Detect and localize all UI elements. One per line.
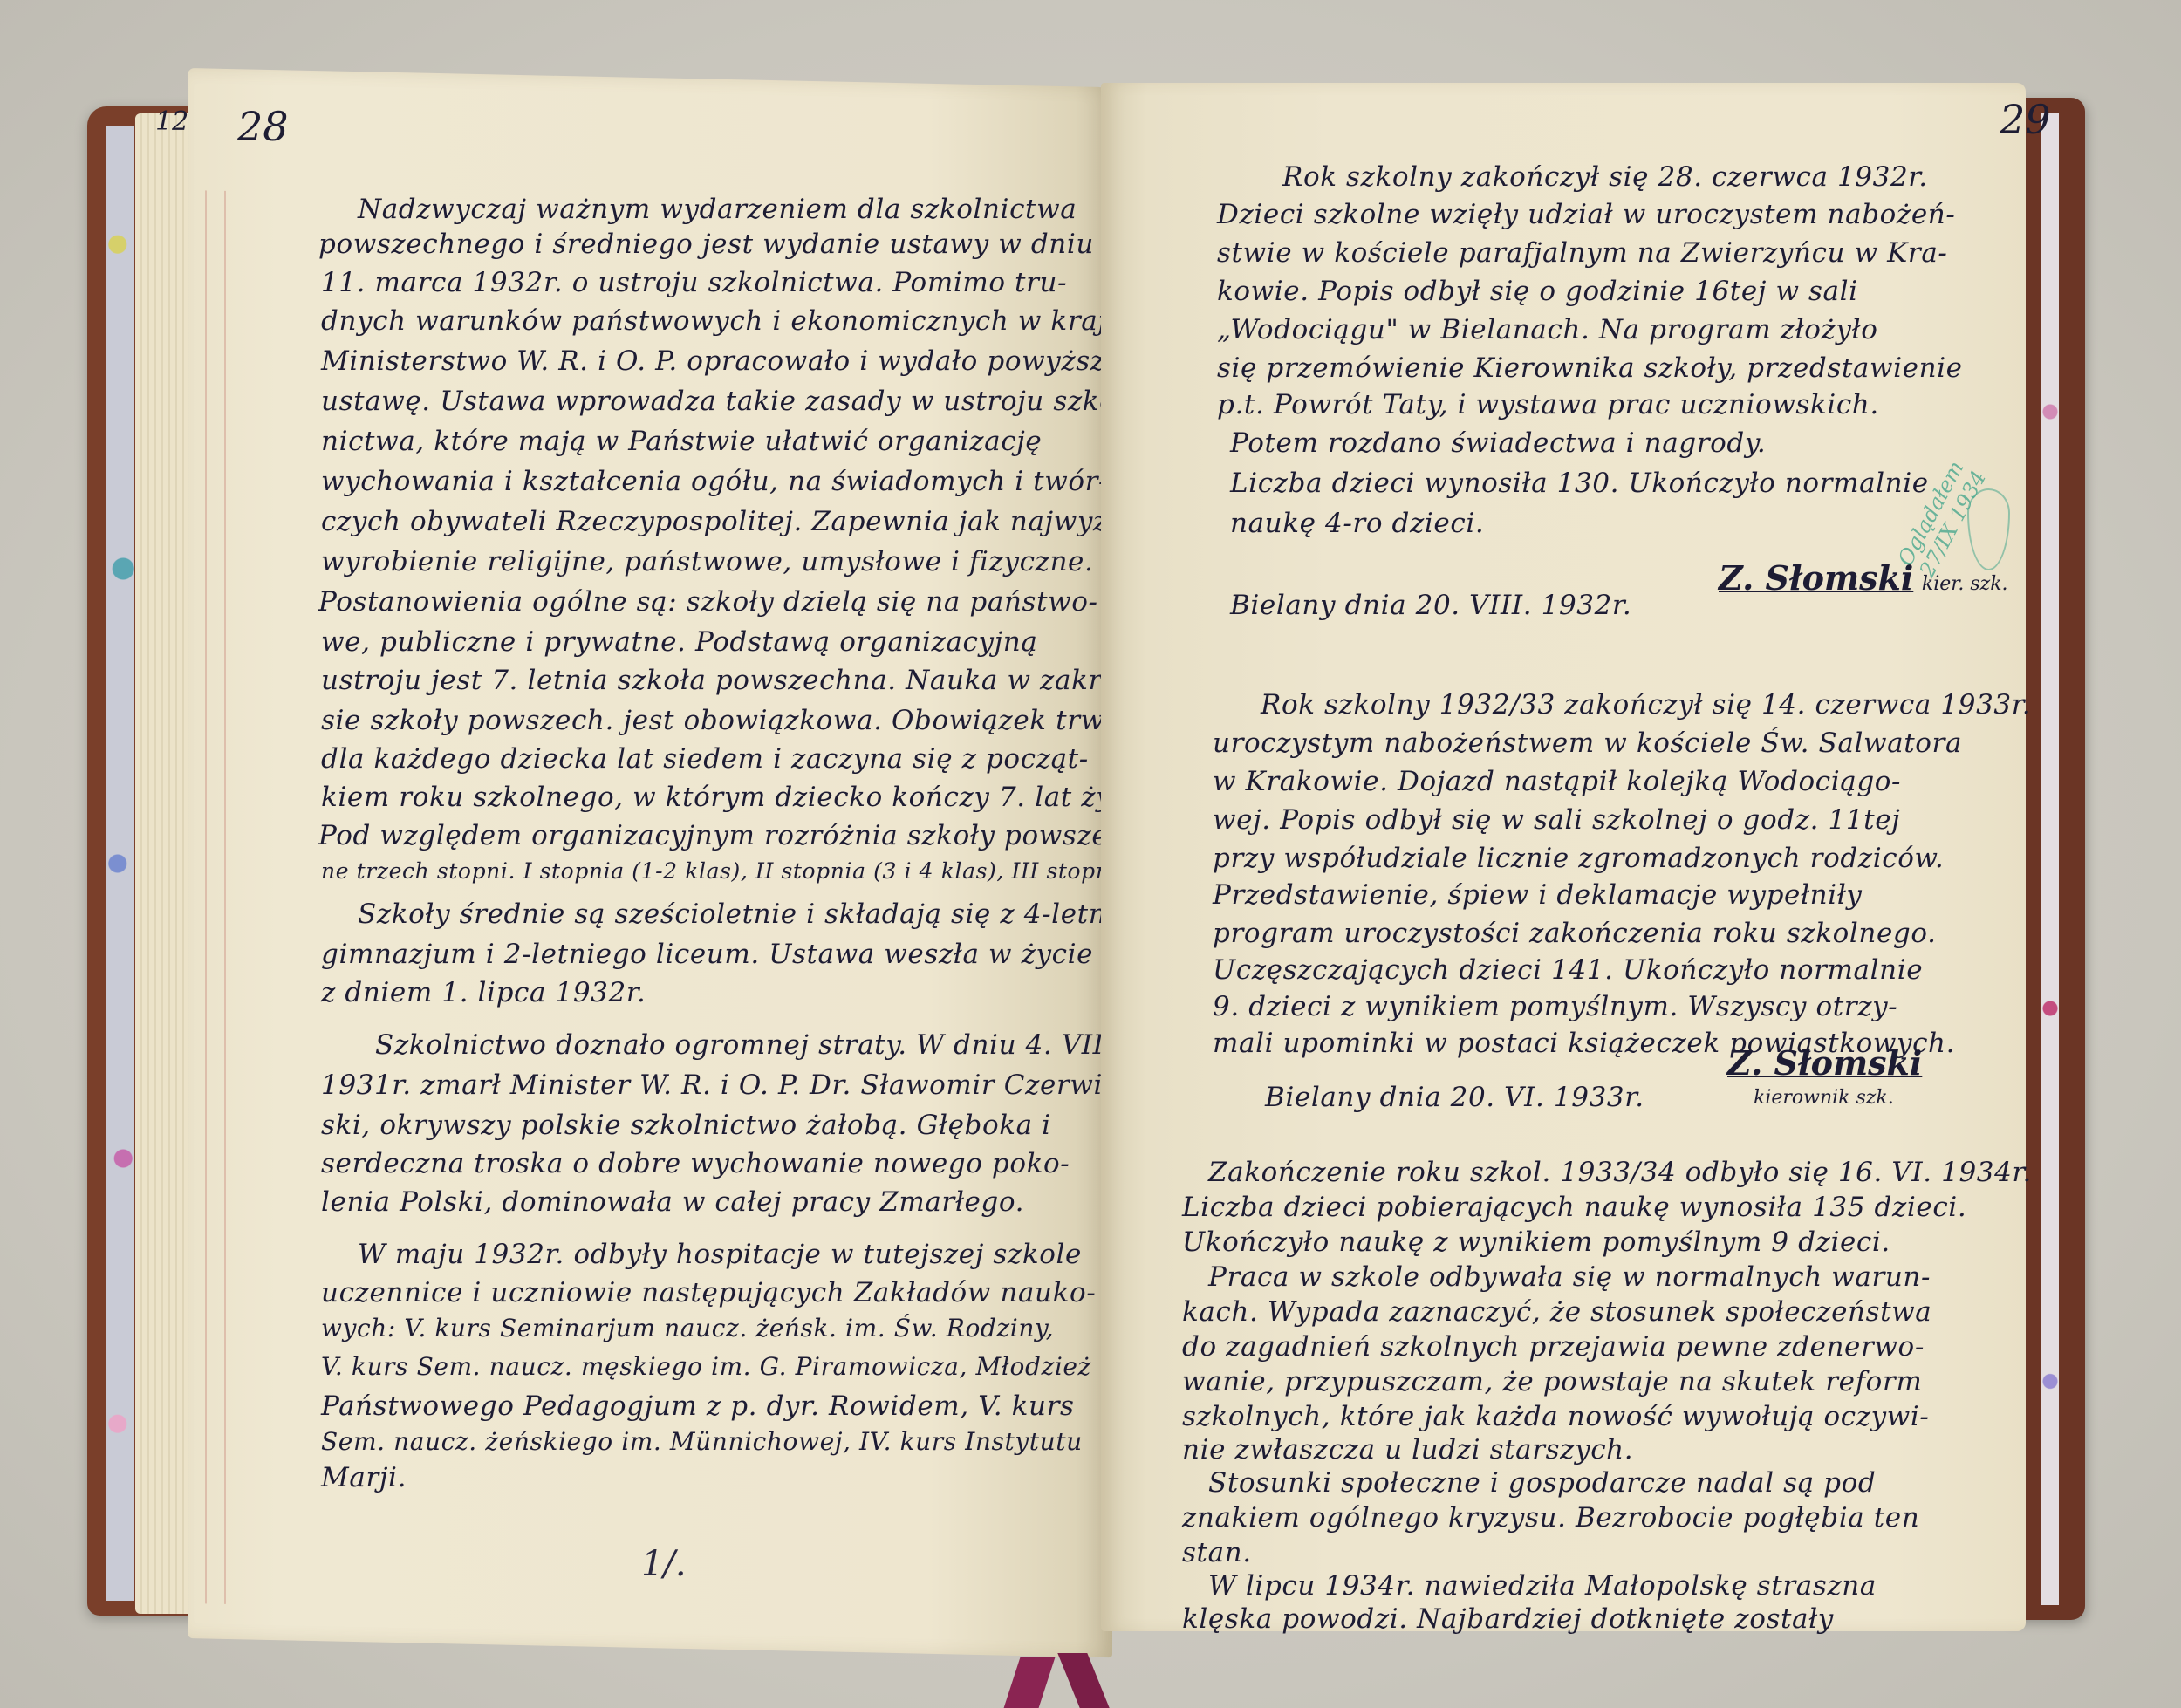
text-line: Postanowienia ogólne są: szkoły dzielą s… [318,586,1098,618]
text-line: Stosunki społeczne i gospodarcze nadal s… [1208,1467,1876,1499]
text-line: wanie, przypuszczam, że powstaje na skut… [1182,1366,1922,1397]
text-line: lenia Polski, dominowała w całej pracy Z… [321,1186,1024,1218]
text-line: „Wodociągu" w Bielanach. Na program złoż… [1217,314,1877,345]
text-line: uroczystym nabożeństwem w kościele Św. S… [1213,728,1962,759]
text-line: Potem rozdano świadectwa i nagrody. [1230,427,1766,459]
text-line: klęska powodzi. Najbardziej dotknięte zo… [1182,1603,1834,1635]
text-line: wyrobienie religijne, państwowe, umysłow… [321,546,1093,577]
text-line: wych: V. kurs Seminarjum naucz. żeńsk. i… [321,1314,1054,1342]
text-line: ustawę. Ustawa wprowadza takie zasady w … [321,386,1135,417]
text-line: ski, okrywszy polskie szkolnictwo żałobą… [321,1110,1051,1141]
text-line: powszechnego i średniego jest wydanie us… [318,229,1094,260]
text-line: Nadzwyczaj ważnym wydarzeniem dla szkoln… [358,194,1077,225]
text-line: Szkolnictwo doznało ogromnej straty. W d… [375,1029,1125,1061]
text-line: Rok szkolny 1932/33 zakończył się 14. cz… [1261,689,2031,721]
marbled-endpaper-right [2041,113,2059,1605]
end-mark: 1/. [641,1544,687,1584]
text-line: Zakończenie roku szkol. 1933/34 odbyło s… [1208,1157,2032,1188]
text-line: stan. [1182,1537,1252,1568]
text-line: wychowania i kształcenia ogółu, na świad… [321,466,1108,497]
text-line: 11. marca 1932r. o ustroju szkolnictwa. … [321,267,1067,298]
text-line: W lipcu 1934r. nawiedziła Małopolskę str… [1208,1570,1877,1602]
text-line: Szkoły średnie są sześcioletnie i składa… [358,898,1166,930]
signature-name: Z. Słomski [1727,1043,1922,1083]
marbled-endpaper-left [106,126,134,1601]
text-line: Rok szkolny zakończył się 28. czerwca 19… [1282,161,1928,193]
signature-1933: Z. Słomski [1727,1043,1922,1083]
text-line: V. kurs Sem. naucz. męskiego im. G. Pira… [321,1352,1091,1381]
margin-rule [224,191,226,1604]
text-line: czych obywateli Rzeczypospolitej. Zapewn… [321,506,1153,537]
text-line: program uroczystości zakończenia roku sz… [1213,918,1937,949]
text-line: 1931r. zmarł Minister W. R. i O. P. Dr. … [321,1069,1131,1101]
text-line: serdeczna troska o dobre wychowanie nowe… [321,1148,1070,1179]
text-line: nie zwłaszcza u ludzi starszych. [1182,1434,1633,1465]
text-line: dla każdego dziecka lat siedem i zaczyna… [321,743,1089,775]
page-number-left: 28 [237,103,289,150]
place-date: Bielany dnia 20. VIII. 1932r. [1230,590,1631,621]
page-number-right: 29 [2000,96,2051,143]
text-line: Marji. [321,1462,407,1493]
text-line: sie szkoły powszech. jest obowiązkowa. O… [321,705,1121,736]
text-line: stwie w kościele parafjalnym na Zwierzyń… [1217,237,1948,269]
text-line: naukę 4-ro dzieci. [1230,508,1484,539]
text-line: znakiem ogólnego kryzysu. Bezrobocie pog… [1182,1502,1919,1534]
text-line: kowie. Popis odbył się o godzinie 16tej … [1217,276,1858,307]
text-line: szkolnych, które jak każda nowość wywołu… [1182,1401,1930,1432]
signature-title: kierownik szk. [1754,1087,1894,1109]
place-date: Bielany dnia 20. VI. 1933r. [1265,1082,1644,1113]
text-line: gimnazjum i 2-letniego liceum. Ustawa we… [321,939,1093,970]
text-line: do zagadnień szkolnych przejawia pewne z… [1182,1331,1925,1363]
text-line: Ministerstwo W. R. i O. P. opracowało i … [321,345,1122,377]
text-line: Państwowego Pedagogjum z p. dyr. Rowidem… [321,1390,1075,1422]
text-line: Pod względem organizacyjnym rozróżnia sz… [318,820,1152,851]
text-line: 9. dzieci z wynikiem pomyślnym. Wszyscy … [1213,991,1897,1022]
text-line: we, publiczne i prywatne. Podstawą organ… [321,626,1037,658]
text-line: się przemówienie Kierownika szkoły, prze… [1217,352,1963,384]
text-line: dnych warunków państwowych i ekonomiczny… [321,305,1125,337]
text-line: nictwa, które mają w Państwie ułatwić or… [321,426,1042,457]
text-line: p.t. Powrót Taty, i wystawa prac uczniow… [1217,389,1879,420]
text-line: wej. Popis odbył się w sali szkolnej o g… [1213,804,1900,836]
text-line: Uczęszczających dzieci 141. Ukończyło no… [1213,954,1923,986]
text-line: Dzieci szkolne wzięły udział w uroczyste… [1217,199,1955,230]
text-line: Sem. naucz. żeńskiego im. Münnichowej, I… [321,1427,1083,1456]
old-page-number: 12 [155,106,188,137]
text-line: Ukończyło naukę z wynikiem pomyślnym 9 d… [1182,1226,1890,1258]
text-line: ustroju jest 7. letnia szkoła powszechna… [321,665,1128,696]
text-line: uczennice i uczniowie następujących Zakł… [321,1277,1096,1308]
signature-name: Z. Słomski [1719,558,1913,598]
text-line: Liczba dzieci pobierających naukę wynosi… [1182,1192,1966,1223]
text-line: Praca w szkole odbywała się w normalnych… [1208,1261,1931,1293]
text-line: kach. Wypada zaznaczyć, że stosunek społ… [1182,1296,1931,1328]
text-line: przy współudziale licznie zgromadzonych … [1213,843,1944,874]
text-line: kiem roku szkolnego, w którym dziecko ko… [321,782,1162,813]
text-line: W maju 1932r. odbyły hospitacje w tutejs… [358,1239,1082,1270]
text-line: z dniem 1. lipca 1932r. [321,977,646,1008]
text-line: w Krakowie. Dojazd nastąpił kolejką Wodo… [1213,766,1901,797]
text-line: Liczba dzieci wynosiła 130. Ukończyło no… [1230,468,1929,499]
text-line: Przedstawienie, śpiew i deklamacje wypeł… [1213,879,1863,911]
margin-rule [205,190,207,1603]
